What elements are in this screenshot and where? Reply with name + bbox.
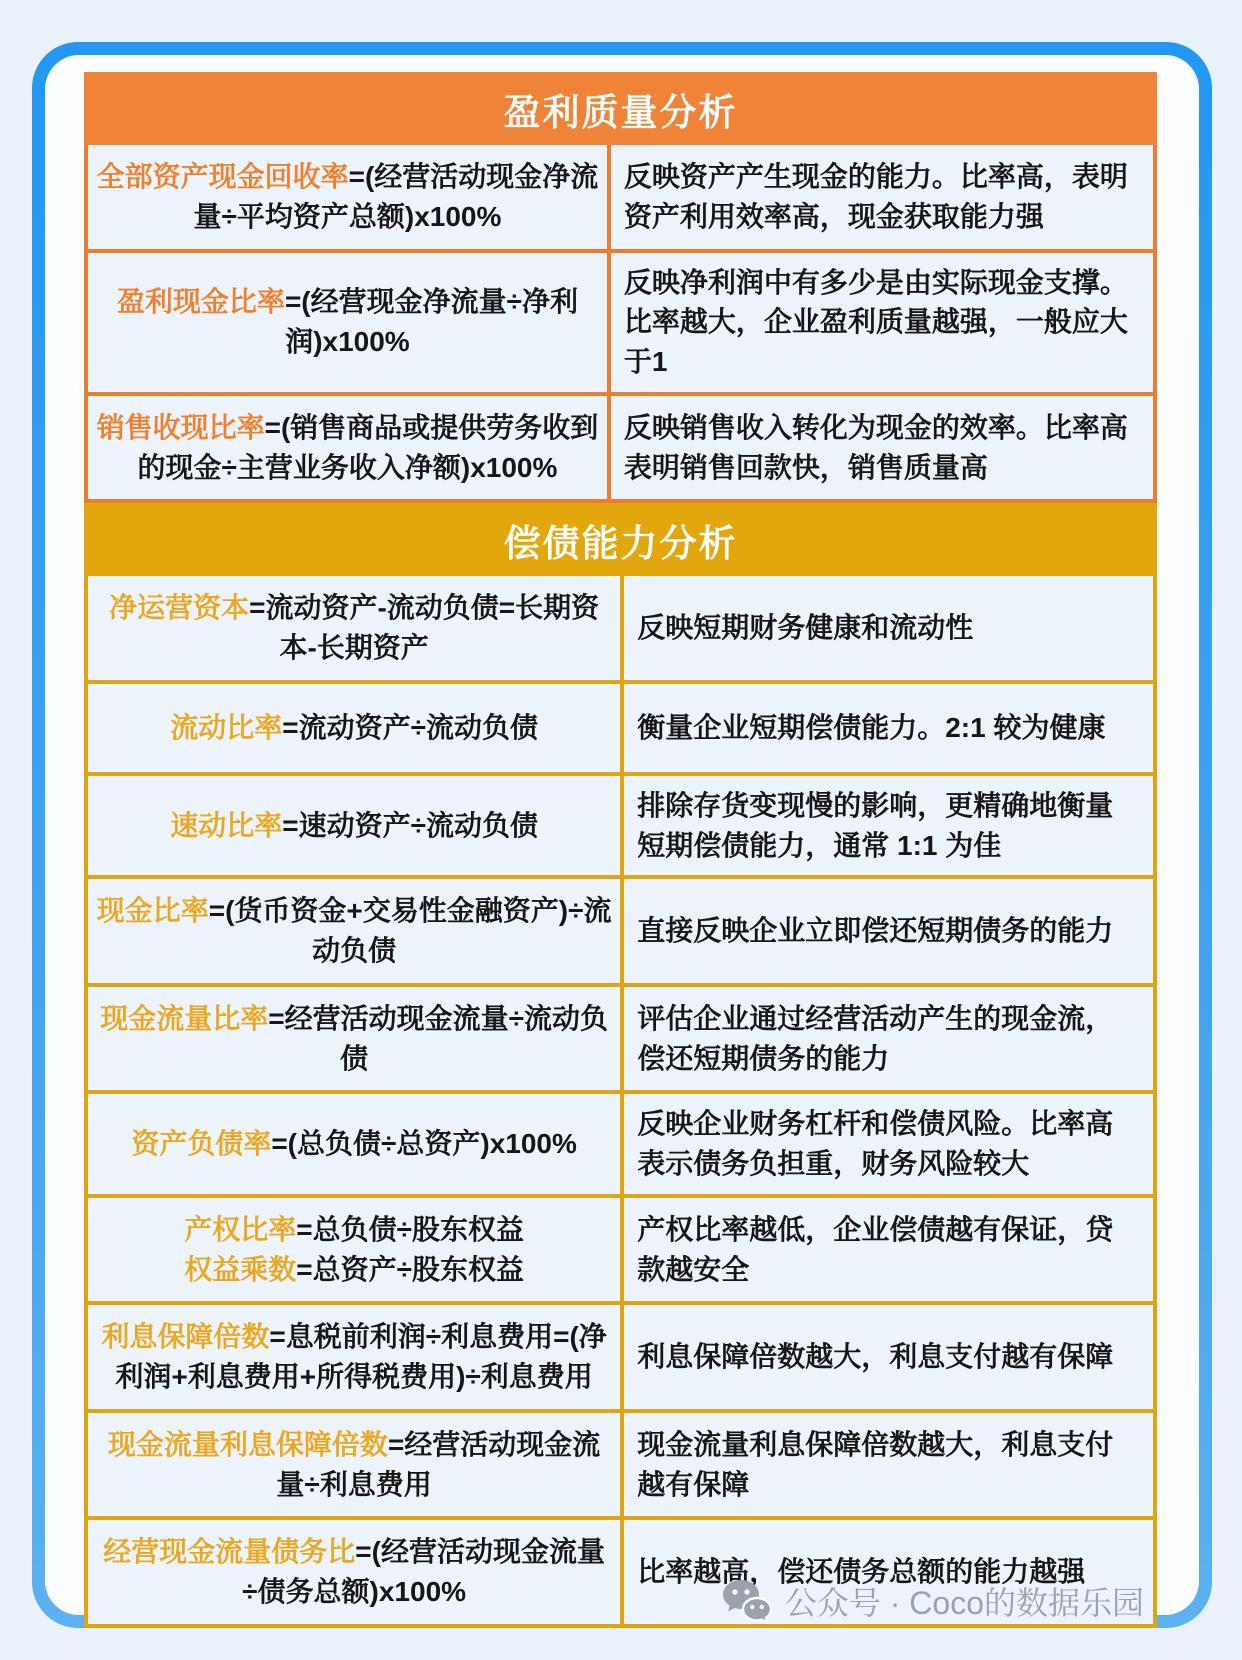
metric-name: 销售收现比率 (97, 412, 265, 443)
formula-text: =流动资产-流动负债=长期资本-长期资产 (249, 592, 599, 663)
description-text: 反映销售收入转化为现金的效率。比率高表明销售回款快，销售质量高 (624, 408, 1139, 488)
description-text: 评估企业通过经营活动产生的现金流，偿还短期债务的能力 (637, 999, 1139, 1079)
formula-line: 现金流量利息保障倍数=经营活动现金流量÷利息费用 (96, 1425, 612, 1505)
metric-name: 权益乘数 (184, 1254, 296, 1285)
table-section: 偿债能力分析 净运营资本=流动资产-流动负债=长期资本-长期资产 反映短期财务健… (84, 503, 1157, 1628)
formula-text: =速动资产÷流动负债 (282, 810, 538, 841)
formula-cell: 销售收现比率=(销售商品或提供劳务收到的现金÷主营业务收入净额)x100% (88, 396, 611, 500)
formula-text: =流动资产÷流动负债 (282, 712, 538, 743)
financial-ratio-table: 盈利质量分析 全部资产现金回收率=(经营活动现金净流量÷平均资产总额)x100%… (84, 72, 1157, 1628)
metric-name: 速动比率 (170, 810, 282, 841)
description-cell: 利息保障倍数越大，利息支付越有保障 (624, 1305, 1153, 1409)
formula-cell: 速动比率=速动资产÷流动负债 (88, 776, 624, 876)
formula-cell: 现金比率=(货币资金+交易性金融资产)÷流动负债 (88, 879, 624, 983)
description-cell: 反映资产产生现金的能力。比率高，表明资产利用效率高，现金获取能力强 (611, 145, 1153, 249)
description-cell: 直接反映企业立即偿还短期债务的能力 (624, 879, 1153, 983)
formula-text: =(货币资金+交易性金融资产)÷流动负债 (209, 895, 612, 966)
formula-cell: 利息保障倍数=息税前利润÷利息费用=(净利润+利息费用+所得税费用)÷利息费用 (88, 1305, 624, 1409)
metric-name: 现金比率 (97, 895, 209, 926)
table-row: 现金流量利息保障倍数=经营活动现金流量÷利息费用 现金流量利息保障倍数越大，利息… (84, 1413, 1157, 1521)
formula-line: 盈利现金比率=(经营现金净流量÷净利润)x100% (96, 282, 599, 362)
formula-cell: 盈利现金比率=(经营现金净流量÷净利润)x100% (88, 253, 611, 392)
description-text: 直接反映企业立即偿还短期债务的能力 (637, 911, 1113, 951)
description-cell: 反映净利润中有多少是由实际现金支撑。比率越大，企业盈利质量越强，一般应大于1 (611, 253, 1153, 392)
table-row: 销售收现比率=(销售商品或提供劳务收到的现金÷主营业务收入净额)x100% 反映… (84, 396, 1157, 504)
formula-cell: 经营现金流量债务比=(经营活动现金流量÷债务总额)x100% (88, 1520, 624, 1624)
description-text: 排除存货变现慢的影响，更精确地衡量短期偿债能力，通常 1:1 为佳 (637, 786, 1139, 866)
formula-cell: 净运营资本=流动资产-流动负债=长期资本-长期资产 (88, 576, 624, 680)
table-row: 资产负债率=(总负债÷总资产)x100% 反映企业财务杠杆和偿债风险。比率高表示… (84, 1094, 1157, 1198)
description-cell: 排除存货变现慢的影响，更精确地衡量短期偿债能力，通常 1:1 为佳 (624, 776, 1153, 876)
description-text: 反映企业财务杠杆和偿债风险。比率高表示债务负担重，财务风险较大 (637, 1104, 1139, 1184)
formula-line: 净运营资本=流动资产-流动负债=长期资本-长期资产 (96, 588, 612, 668)
description-text: 产权比率越低，企业偿债越有保证，贷款越安全 (637, 1210, 1139, 1290)
section-header: 盈利质量分析 (84, 72, 1157, 145)
description-cell: 评估企业通过经营活动产生的现金流，偿还短期债务的能力 (624, 987, 1153, 1091)
wechat-icon (721, 1578, 773, 1624)
metric-name: 资产负债率 (131, 1128, 271, 1159)
formula-line: 产权比率=总负债÷股东权益 (96, 1210, 612, 1250)
description-cell: 衡量企业短期偿债能力。2:1 较为健康 (624, 684, 1153, 772)
formula-line: 经营现金流量债务比=(经营活动现金流量÷债务总额)x100% (96, 1532, 612, 1612)
formula-line: 流动比率=流动资产÷流动负债 (96, 708, 612, 748)
description-text: 衡量企业短期偿债能力。2:1 较为健康 (637, 708, 1105, 748)
formula-line: 资产负债率=(总负债÷总资产)x100% (96, 1124, 612, 1164)
table-row: 速动比率=速动资产÷流动负债 排除存货变现慢的影响，更精确地衡量短期偿债能力，通… (84, 776, 1157, 880)
table-section: 盈利质量分析 全部资产现金回收率=(经营活动现金净流量÷平均资产总额)x100%… (84, 72, 1157, 503)
metric-name: 净运营资本 (109, 592, 249, 623)
card-inner: 盈利质量分析 全部资产现金回收率=(经营活动现金净流量÷平均资产总额)x100%… (45, 55, 1199, 1615)
description-cell: 反映销售收入转化为现金的效率。比率高表明销售回款快，销售质量高 (611, 396, 1153, 500)
metric-name: 全部资产现金回收率 (97, 161, 349, 192)
formula-line: 销售收现比率=(销售商品或提供劳务收到的现金÷主营业务收入净额)x100% (96, 408, 599, 488)
formula-line: 速动比率=速动资产÷流动负债 (96, 806, 612, 846)
description-cell: 产权比率越低，企业偿债越有保证，贷款越安全 (624, 1198, 1153, 1302)
description-text: 现金流量利息保障倍数越大，利息支付越有保障 (637, 1425, 1139, 1505)
formula-line: 权益乘数=总资产÷股东权益 (96, 1250, 612, 1290)
formula-text: =经营活动现金流量÷流动负债 (268, 1003, 608, 1074)
description-text: 反映净利润中有多少是由实际现金支撑。比率越大，企业盈利质量越强，一般应大于1 (624, 263, 1139, 382)
footer-label: 公众号 · Coco的数据乐园 (785, 1578, 1144, 1624)
metric-name: 现金流量比率 (100, 1003, 268, 1034)
formula-text: =总资产÷股东权益 (296, 1254, 524, 1285)
description-cell: 现金流量利息保障倍数越大，利息支付越有保障 (624, 1413, 1153, 1517)
table-row: 现金比率=(货币资金+交易性金融资产)÷流动负债 直接反映企业立即偿还短期债务的… (84, 879, 1157, 987)
formula-line: 现金流量比率=经营活动现金流量÷流动负债 (96, 999, 612, 1079)
metric-name: 经营现金流量债务比 (103, 1536, 355, 1567)
description-text: 反映短期财务健康和流动性 (637, 608, 973, 648)
description-cell: 反映企业财务杠杆和偿债风险。比率高表示债务负担重，财务风险较大 (624, 1094, 1153, 1194)
description-text: 反映资产产生现金的能力。比率高，表明资产利用效率高，现金获取能力强 (624, 157, 1139, 237)
metric-name: 利息保障倍数 (101, 1321, 269, 1352)
formula-line: 全部资产现金回收率=(经营活动现金净流量÷平均资产总额)x100% (96, 157, 599, 237)
formula-line: 现金比率=(货币资金+交易性金融资产)÷流动负债 (96, 891, 612, 971)
section-rows: 全部资产现金回收率=(经营活动现金净流量÷平均资产总额)x100% 反映资产产生… (84, 145, 1157, 503)
section-title: 偿债能力分析 (504, 513, 738, 567)
table-row: 流动比率=流动资产÷流动负债 衡量企业短期偿债能力。2:1 较为健康 (84, 684, 1157, 776)
formula-line: 利息保障倍数=息税前利润÷利息费用=(净利润+利息费用+所得税费用)÷利息费用 (96, 1317, 612, 1397)
formula-cell: 现金流量比率=经营活动现金流量÷流动负债 (88, 987, 624, 1091)
formula-text: =总负债÷股东权益 (296, 1214, 524, 1245)
formula-cell: 全部资产现金回收率=(经营活动现金净流量÷平均资产总额)x100% (88, 145, 611, 249)
formula-cell: 资产负债率=(总负债÷总资产)x100% (88, 1094, 624, 1194)
section-rows: 净运营资本=流动资产-流动负债=长期资本-长期资产 反映短期财务健康和流动性 流… (84, 576, 1157, 1628)
table-row: 盈利现金比率=(经营现金净流量÷净利润)x100% 反映净利润中有多少是由实际现… (84, 253, 1157, 396)
formula-cell: 现金流量利息保障倍数=经营活动现金流量÷利息费用 (88, 1413, 624, 1517)
formula-cell: 流动比率=流动资产÷流动负债 (88, 684, 624, 772)
metric-name: 现金流量利息保障倍数 (108, 1429, 388, 1460)
metric-name: 流动比率 (170, 712, 282, 743)
table-row: 现金流量比率=经营活动现金流量÷流动负债 评估企业通过经营活动产生的现金流，偿还… (84, 987, 1157, 1095)
metric-name: 盈利现金比率 (117, 286, 285, 317)
metric-name: 产权比率 (184, 1214, 296, 1245)
section-header: 偿债能力分析 (84, 503, 1157, 576)
table-row: 全部资产现金回收率=(经营活动现金净流量÷平均资产总额)x100% 反映资产产生… (84, 145, 1157, 253)
content-card: 盈利质量分析 全部资产现金回收率=(经营活动现金净流量÷平均资产总额)x100%… (32, 42, 1212, 1628)
table-row: 利息保障倍数=息税前利润÷利息费用=(净利润+利息费用+所得税费用)÷利息费用 … (84, 1305, 1157, 1413)
footer-credit: 公众号 · Coco的数据乐园 (721, 1578, 1144, 1624)
table-row: 净运营资本=流动资产-流动负债=长期资本-长期资产 反映短期财务健康和流动性 (84, 576, 1157, 684)
section-title: 盈利质量分析 (504, 82, 738, 136)
formula-text: =(经营现金净流量÷净利润)x100% (285, 286, 578, 357)
table-row: 产权比率=总负债÷股东权益权益乘数=总资产÷股东权益 产权比率越低，企业偿债越有… (84, 1198, 1157, 1306)
description-text: 利息保障倍数越大，利息支付越有保障 (637, 1337, 1113, 1377)
formula-cell: 产权比率=总负债÷股东权益权益乘数=总资产÷股东权益 (88, 1198, 624, 1302)
description-cell: 反映短期财务健康和流动性 (624, 576, 1153, 680)
formula-text: =(总负债÷总资产)x100% (271, 1128, 577, 1159)
